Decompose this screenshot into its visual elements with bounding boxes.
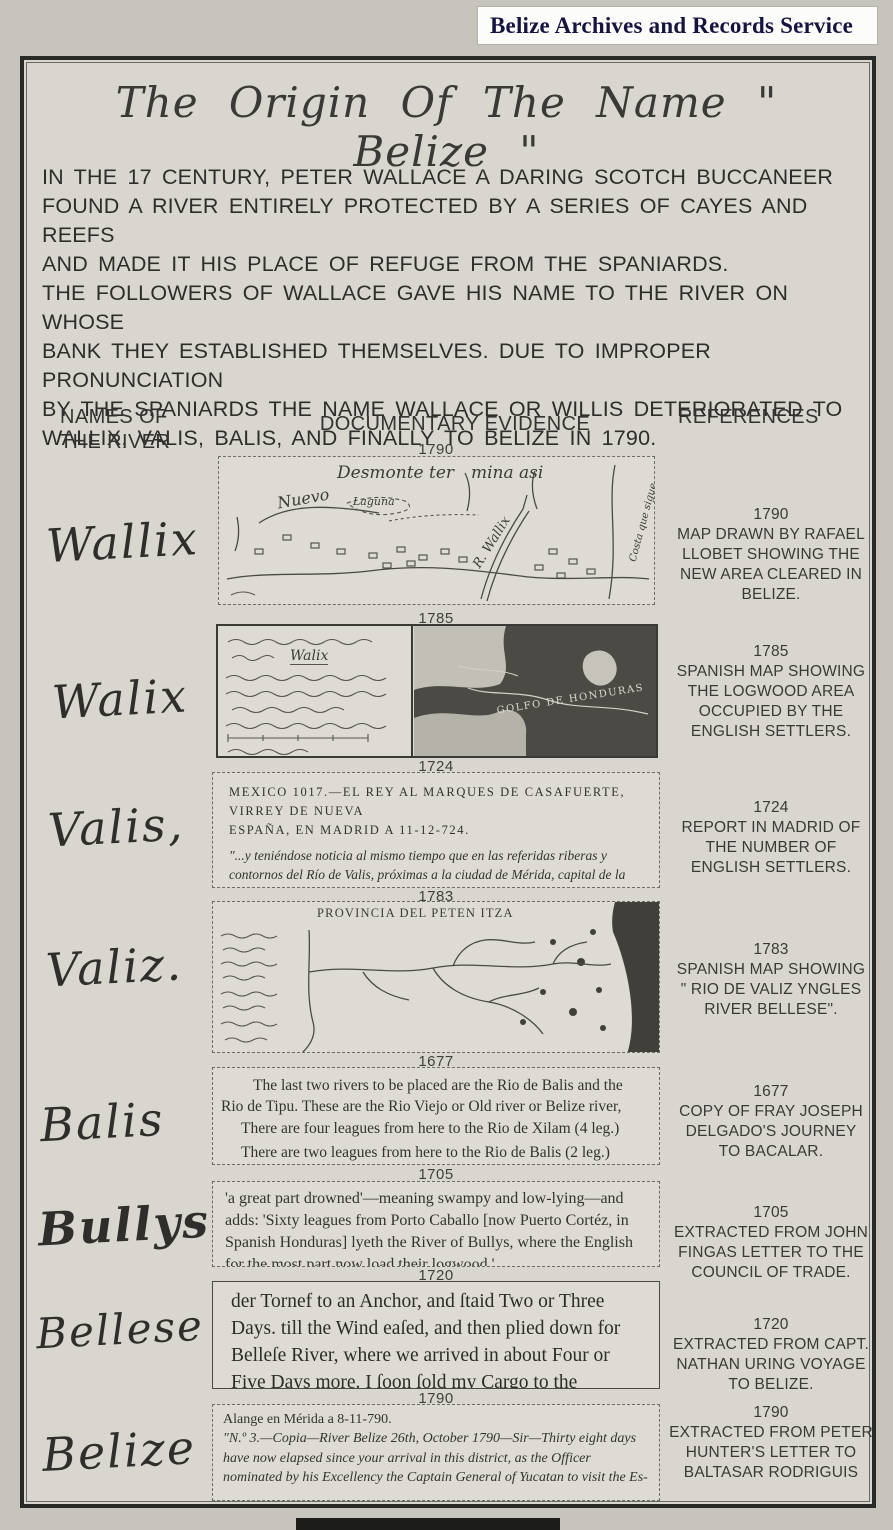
reference-1790-map: 1790 MAP DRAWN BY RAFAEL LLOBET SHOWING … — [660, 505, 882, 605]
river-name-bellese: Bellese — [35, 1301, 205, 1359]
column-header-evidence: DOCUMENTARY EVIDENCE — [285, 412, 625, 437]
map-label-laguna: Laguna — [353, 495, 395, 508]
reference-line: " RIO DE VALIZ YNGLES — [660, 980, 882, 1000]
intro-line: THE FOLLOWERS OF WALLACE GAVE HIS NAME T… — [42, 279, 864, 337]
map-label-provincia-peten: PROVINCIA DEL PETEN ITZA — [317, 906, 514, 921]
reference-1790-letter: 1790 EXTRACTED FROM PETER HUNTER'S LETTE… — [660, 1403, 882, 1483]
river-name-balis: Balis — [39, 1092, 166, 1152]
delgado-line: The last two rivers to be placed are the… — [227, 1075, 645, 1096]
hunter-letter-body: "N.º 3.—Copia—River Belize 26th, October… — [223, 1429, 649, 1488]
reference-1785-map: 1785 SPANISH MAP SHOWING THE LOGWOOD ARE… — [660, 642, 882, 742]
peten-map-graphic — [213, 902, 660, 1053]
reference-line: ENGLISH SETTLERS. — [660, 858, 882, 878]
banner-title: Belize Archives and Records Service — [490, 13, 853, 39]
reference-line: EXTRACTED FROM JOHN — [660, 1223, 882, 1243]
reference-1677-journey: 1677 COPY OF FRAY JOSEPH DELGADO'S JOURN… — [660, 1082, 882, 1162]
reference-year: 1785 — [660, 642, 882, 662]
names-header-line1: NAMES OF — [60, 405, 170, 430]
river-name-walix: Walix — [51, 668, 190, 729]
river-name-valiz: Valiz. — [45, 936, 184, 997]
intro-line: AND MADE IT HIS PLACE OF REFUGE FROM THE… — [42, 250, 864, 279]
intro-line: FOUND A RIVER ENTIRELY PROTECTED BY A SE… — [42, 192, 864, 250]
hunter-letter-dateline: Alange en Mérida a 8-11-790. — [223, 1410, 649, 1429]
reference-line: EXTRACTED FROM CAPT. — [660, 1335, 882, 1355]
evidence-text-1705: 'a great part drowned'—meaning swampy an… — [212, 1181, 660, 1267]
reference-1720-voyage: 1720 EXTRACTED FROM CAPT. NATHAN URING V… — [660, 1315, 882, 1395]
reference-line: ENGLISH SETTLERS. — [660, 722, 882, 742]
reference-line: RIVER BELLESE". — [660, 1000, 882, 1020]
reference-line: OCCUPIED BY THE — [660, 702, 882, 722]
reference-line: NATHAN URING VOYAGE — [660, 1355, 882, 1375]
map-label-desmonte: Desmonte ter — [337, 463, 454, 483]
river-name-bullys: Bullys — [37, 1194, 211, 1257]
reference-line: FINGAS LETTER TO THE — [660, 1243, 882, 1263]
uring-voyage-body: der Tornef to an Anchor, and ſtaid Two o… — [213, 1282, 659, 1389]
evidence-text-1677: The last two rivers to be placed are the… — [212, 1067, 660, 1165]
evidence-text-1720: der Tornef to an Anchor, and ſtaid Two o… — [212, 1281, 660, 1389]
evidence-text-1724: MEXICO 1017.—EL REY AL MARQUES DE CASAFU… — [212, 772, 660, 888]
madrid-report-body: "...y teniéndose noticia al mismo tiempo… — [229, 846, 643, 888]
evidence-map-1783: PROVINCIA DEL PETEN ITZA — [212, 901, 660, 1053]
evidence-map-1785: Walix GOLFO DE HONDURAS — [216, 624, 658, 758]
map-label-mina-asi: mina asi — [471, 463, 543, 483]
reference-line: SPANISH MAP SHOWING — [660, 960, 882, 980]
names-header-line2: THE RIVER — [60, 430, 170, 455]
madrid-report-heading2: ESPAÑA, EN MADRID A 11-12-724. — [229, 821, 643, 840]
river-name-valis: Valis, — [47, 796, 186, 857]
reference-line: HUNTER'S LETTER TO — [660, 1443, 882, 1463]
reference-line: MAP DRAWN BY RAFAEL — [660, 525, 882, 545]
reference-line: COPY OF FRAY JOSEPH — [660, 1102, 882, 1122]
reference-line: THE LOGWOOD AREA — [660, 682, 882, 702]
evidence-text-1790: Alange en Mérida a 8-11-790. "N.º 3.—Cop… — [212, 1404, 660, 1501]
page-title: The Origin Of The Name " Belize " — [40, 78, 853, 176]
reference-year: 1677 — [660, 1082, 882, 1102]
reference-line: COUNCIL OF TRADE. — [660, 1263, 882, 1283]
madrid-report-heading: MEXICO 1017.—EL REY AL MARQUES DE CASAFU… — [229, 783, 643, 821]
reference-line: TO BELIZE. — [660, 1375, 882, 1395]
reference-line: DELGADO'S JOURNEY — [660, 1122, 882, 1142]
reference-line: SPANISH MAP SHOWING — [660, 662, 882, 682]
reference-year: 1720 — [660, 1315, 882, 1335]
archives-banner: Belize Archives and Records Service — [478, 7, 877, 44]
reference-line: BALTASAR RODRIGUIS — [660, 1463, 882, 1483]
reference-line: NEW AREA CLEARED IN — [660, 565, 882, 585]
evidence-map-1790: Desmonte ter mina asi Nuevo Laguna R. Wa… — [218, 456, 655, 605]
reference-line: BELIZE. — [660, 585, 882, 605]
column-header-references: REFERENCES — [678, 405, 819, 430]
reference-1705-letter: 1705 EXTRACTED FROM JOHN FINGAS LETTER T… — [660, 1203, 882, 1283]
intro-line: IN THE 17 CENTURY, PETER WALLACE A DARIN… — [42, 163, 864, 192]
column-header-names: NAMES OF THE RIVER — [60, 405, 170, 455]
reference-1724-report: 1724 REPORT IN MADRID OF THE NUMBER OF E… — [660, 798, 882, 878]
delgado-line: There are two leagues from here to the R… — [241, 1141, 645, 1165]
reference-line: EXTRACTED FROM PETER — [660, 1423, 882, 1443]
reference-year: 1705 — [660, 1203, 882, 1223]
fingas-letter-body: 'a great part drowned'—meaning swampy an… — [213, 1182, 659, 1267]
reference-line: TO BACALAR. — [660, 1142, 882, 1162]
reference-year: 1790 — [660, 505, 882, 525]
bottom-scan-strip — [296, 1518, 560, 1530]
river-name-wallix: Wallix — [45, 511, 200, 573]
intro-line: BANK THEY ESTABLISHED THEMSELVES. DUE TO… — [42, 337, 864, 395]
reference-line: LLOBET SHOWING THE — [660, 545, 882, 565]
reference-1783-map: 1783 SPANISH MAP SHOWING " RIO DE VALIZ … — [660, 940, 882, 1020]
reference-year: 1724 — [660, 798, 882, 818]
river-name-belize: Belize — [41, 1420, 198, 1482]
note-word-walix: Walix — [290, 648, 328, 665]
reference-line: REPORT IN MADRID OF — [660, 818, 882, 838]
reference-line: THE NUMBER OF — [660, 838, 882, 858]
reference-year: 1783 — [660, 940, 882, 960]
reference-year: 1790 — [660, 1403, 882, 1423]
delgado-line: There are four leagues from here to the … — [241, 1117, 645, 1141]
delgado-line: Rio de Tipu. These are the Rio Viejo or … — [221, 1096, 645, 1117]
